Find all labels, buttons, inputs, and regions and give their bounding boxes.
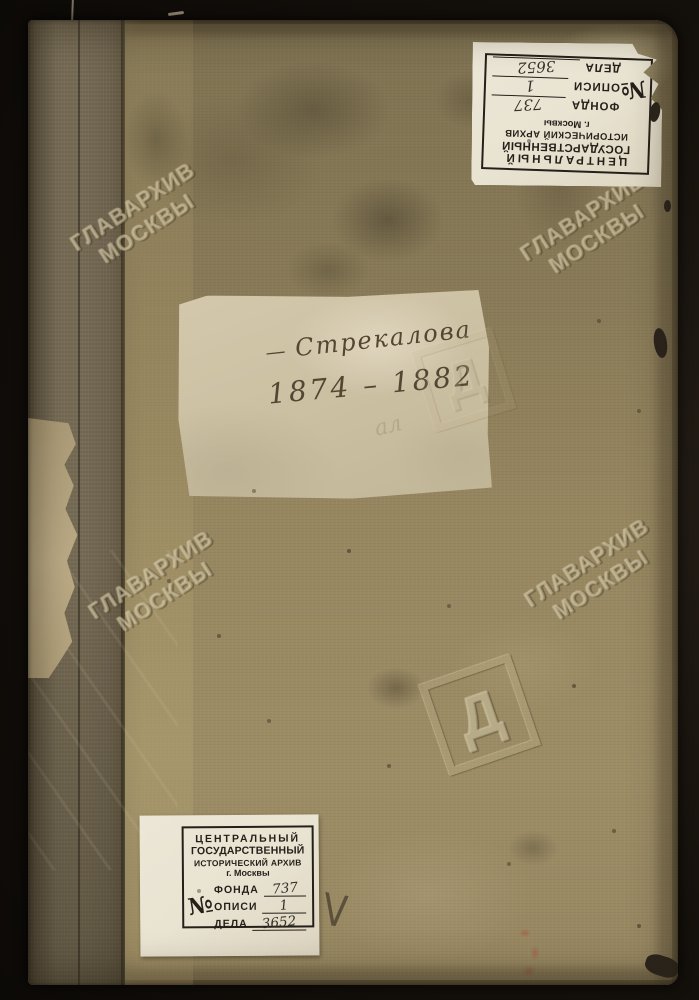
fond-label: ФОНДА: [571, 98, 620, 112]
opis-line: 1: [262, 897, 306, 913]
opis-row: ОПИСИ 1: [214, 896, 306, 914]
archive-stamp: ЦЕНТРАЛЬНЫЙ ГОСУДАРСТВЕННЫЙ ИСТОРИЧЕСКИЙ…: [182, 825, 315, 928]
dirt-speckles: [28, 20, 30, 22]
delo-label: ДЕЛА: [584, 60, 621, 74]
stamp-field-rows: ФОНДА 737 ОПИСИ 1 ДЕЛА 3652: [491, 57, 621, 118]
fond-row: ФОНДА 737: [214, 879, 306, 897]
archive-stamp: ЦЕНТРАЛЬНЫЙ ГОСУДАРСТВЕННЫЙ ИСТОРИЧЕСКИЙ…: [481, 54, 653, 176]
upside-down-wrapper: ЦЕНТРАЛЬНЫЙ ГОСУДАРСТВЕННЫЙ ИСТОРИЧЕСКИЙ…: [472, 42, 663, 187]
archive-label-top: ЦЕНТРАЛЬНЫЙ ГОСУДАРСТВЕННЫЙ ИСТОРИЧЕСКИЙ…: [471, 42, 662, 187]
delo-line: 3652: [253, 914, 307, 930]
edge-chip: [664, 200, 671, 212]
fond-row: ФОНДА 737: [491, 95, 620, 118]
photo-background: ГЛАВАРХИВ МОСКВЫ ГЛАВАРХИВ МОСКВЫ ГЛАВАР…: [0, 0, 699, 1000]
numero-sign: №: [186, 892, 215, 919]
opis-label: ОПИСИ: [214, 902, 257, 914]
delo-line: 3652: [492, 57, 579, 76]
opis-line: 1: [492, 76, 568, 95]
numero-sign: №: [619, 77, 648, 103]
fond-label: ФОНДА: [214, 885, 259, 897]
red-stain: [515, 925, 547, 983]
pencil-scribble: ал: [372, 411, 404, 442]
delo-label: ДЕЛА: [214, 919, 248, 931]
fond-line: 737: [264, 880, 306, 896]
logo-letter: Д: [438, 346, 491, 414]
delo-row: ДЕЛА 3652: [214, 913, 306, 931]
opis-label: ОПИСИ: [573, 79, 620, 93]
fond-line: 737: [491, 95, 566, 114]
delo-value: 3652: [492, 56, 580, 79]
logo-letter: Д: [449, 675, 512, 754]
opis-value: 1: [492, 75, 569, 97]
frayed-edge-detail: [168, 11, 184, 16]
archive-org-line: ЦЕНТРАЛЬНЫЙ: [184, 832, 312, 845]
stamp-field-rows: ФОНДА 737 ОПИСИ 1 ДЕЛА 3652: [214, 879, 306, 931]
delo-value: 3652: [252, 912, 307, 933]
archive-org-line: ГОСУДАРСТВЕННЫЙ: [184, 844, 312, 857]
archive-org-line: ИСТОРИЧЕСКИЙ АРХИВ: [184, 857, 312, 868]
handwritten-dash: —: [264, 338, 288, 364]
stamp-fields: № ФОНДА 737 ОПИСИ 1 ДЕЛА 3652: [184, 877, 312, 931]
fond-value: 737: [491, 94, 566, 116]
archive-label-bottom: ЦЕНТРАЛЬНЫЙ ГОСУДАРСТВЕННЫЙ ИСТОРИЧЕСКИЙ…: [140, 814, 320, 956]
stamp-fields: № ФОНДА 737 ОПИСИ 1 ДЕЛА: [485, 57, 651, 122]
book-cover: ГЛАВАРХИВ МОСКВЫ ГЛАВАРХИВ МОСКВЫ ГЛАВАР…: [28, 20, 678, 985]
